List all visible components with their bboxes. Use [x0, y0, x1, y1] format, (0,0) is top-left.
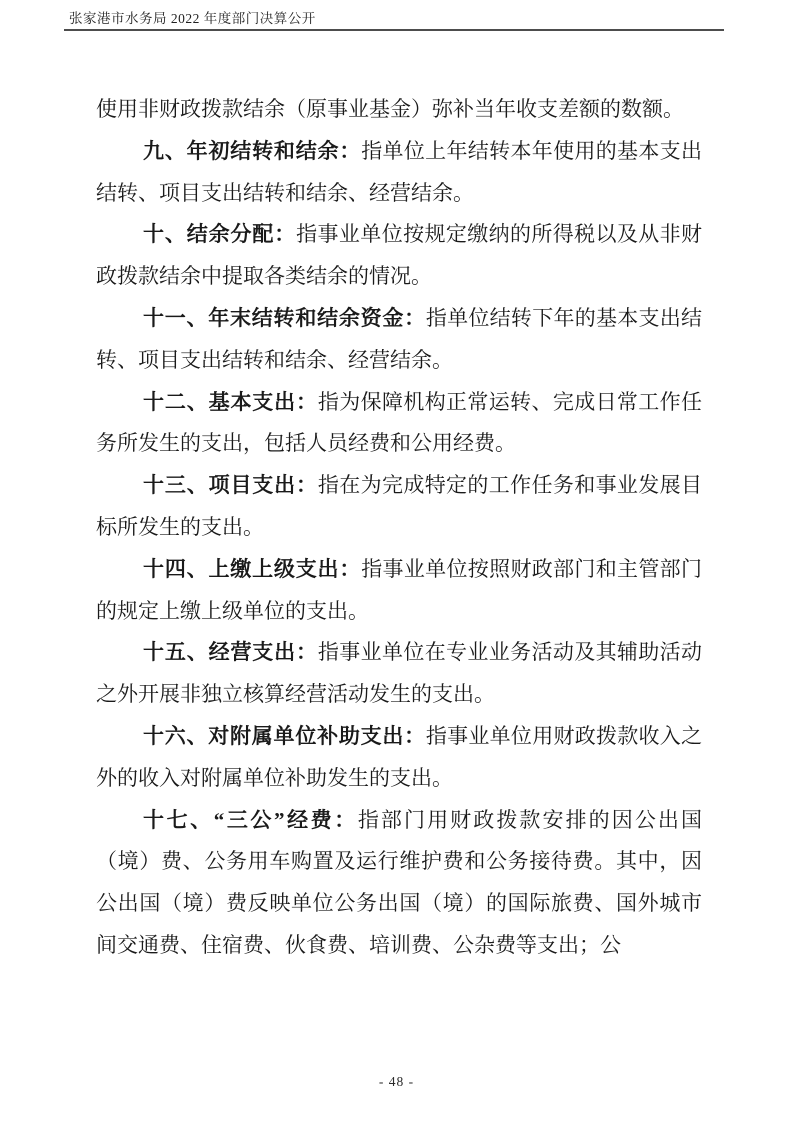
paragraph-lead: 十六、对附属单位补助支出： [143, 724, 426, 748]
paragraph-lead: 十、结余分配： [143, 222, 296, 246]
paragraph: 十四、上缴上级支出：指事业单位按照财政部门和主管部门的规定上缴上级单位的支出。 [96, 549, 702, 633]
paragraph: 十七、“三公”经费：指部门用财政拨款安排的因公出国（境）费、公务用车购置及运行维… [96, 800, 702, 967]
paragraph-lead: 十二、基本支出： [143, 390, 318, 414]
page-header: 张家港市水务局 2022 年度部门决算公开 [64, 10, 724, 31]
page-number: - 48 - [379, 1074, 414, 1089]
paragraph: 十、结余分配：指事业单位按规定缴纳的所得税以及从非财政拨款结余中提取各类结余的情… [96, 214, 702, 298]
paragraph: 十五、经营支出：指事业单位在专业业务活动及其辅助活动之外开展非独立核算经营活动发… [96, 632, 702, 716]
paragraph: 十一、年末结转和结余资金：指单位结转下年的基本支出结转、项目支出结转和结余、经营… [96, 298, 702, 382]
paragraph-lead: 十五、经营支出： [143, 640, 318, 664]
document-page: 张家港市水务局 2022 年度部门决算公开 使用非财政拨款结余（原事业基金）弥补… [0, 0, 793, 1122]
paragraph: 使用非财政拨款结余（原事业基金）弥补当年收支差额的数额。 [96, 89, 702, 131]
header-rule [64, 29, 724, 31]
paragraph-lead: 十七、“三公”经费： [143, 808, 358, 832]
paragraph-lead: 十三、项目支出： [143, 473, 318, 497]
header-title: 张家港市水务局 2022 年度部门决算公开 [64, 10, 724, 28]
paragraph: 九、年初结转和结余：指单位上年结转本年使用的基本支出结转、项目支出结转和结余、经… [96, 131, 702, 215]
paragraph: 十三、项目支出：指在为完成特定的工作任务和事业发展目标所发生的支出。 [96, 465, 702, 549]
paragraph: 十二、基本支出：指为保障机构正常运转、完成日常工作任务所发生的支出，包括人员经费… [96, 382, 702, 466]
paragraph-lead: 九、年初结转和结余： [143, 139, 361, 163]
paragraph-lead: 十四、上缴上级支出： [143, 557, 361, 581]
paragraph: 十六、对附属单位补助支出：指事业单位用财政拨款收入之外的收入对附属单位补助发生的… [96, 716, 702, 800]
document-body: 使用非财政拨款结余（原事业基金）弥补当年收支差额的数额。九、年初结转和结余：指单… [96, 89, 702, 967]
page-footer: - 48 - [0, 1074, 793, 1090]
paragraph-lead: 十一、年末结转和结余资金： [143, 306, 426, 330]
